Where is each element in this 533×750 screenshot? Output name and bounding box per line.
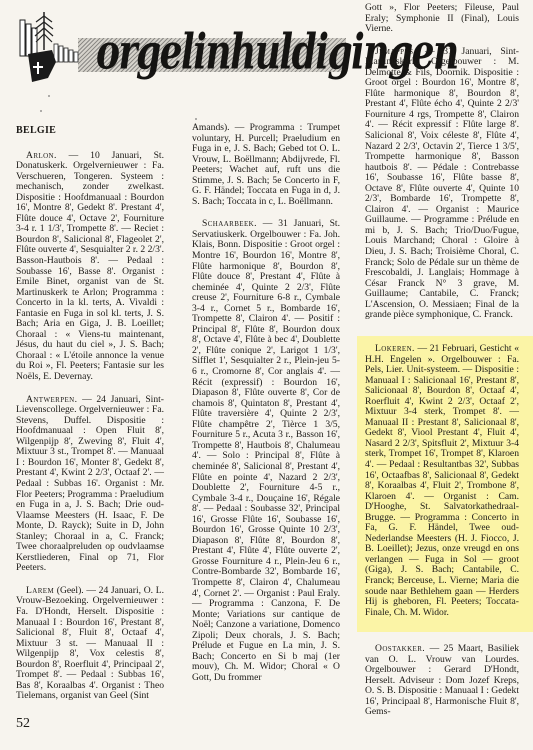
entry-text: — 10 Januari, St. Donatuskerk. Orgelvern… bbox=[16, 150, 164, 382]
entry-place: Lokeren. bbox=[375, 343, 415, 354]
ink-speck bbox=[48, 95, 50, 97]
entry-text: (Geel). — 24 Januari, O. L. Vrouw-Bezoek… bbox=[16, 585, 164, 701]
continued-text: Gott », Flor Peeters; Fileuse, Paul Eral… bbox=[365, 3, 519, 35]
page-header: orgelinhuldigingen bbox=[18, 10, 348, 90]
entry-place: Schaarbeek. bbox=[202, 218, 257, 229]
article-entry: Schaarbeek. — 31 Januari, St. Servatiusk… bbox=[192, 219, 340, 683]
magazine-page: orgelinhuldigingen BELGIE Arlon. — 10 Ja… bbox=[0, 0, 533, 750]
article-entry: Lokeren. — 21 Februari, Gesticht « H.H. … bbox=[365, 344, 519, 618]
entry-place: Antwerpen. bbox=[26, 394, 77, 405]
section-heading: BELGIE bbox=[16, 126, 164, 137]
entry-place: Arlon. bbox=[26, 150, 57, 161]
highlighted-entry: Lokeren. — 21 Februari, Gesticht « H.H. … bbox=[365, 344, 519, 630]
continued-text: Amands). — Programma : Trumpet voluntary… bbox=[192, 123, 340, 207]
column-2: Amands). — Programma : Trumpet voluntary… bbox=[192, 123, 340, 695]
entry-text: — 31 Januari, St. Servatiuskerk. Orgelbo… bbox=[192, 218, 340, 683]
article-entry: Oostakker. — 25 Maart, Basiliek van O. L… bbox=[365, 644, 519, 718]
organ-pipes-hand-cross-icon bbox=[18, 10, 88, 90]
column-3-bottom: Oostakker. — 25 Maart, Basiliek van O. L… bbox=[365, 644, 519, 730]
ink-speck bbox=[195, 118, 197, 120]
column-1: BELGIE Arlon. — 10 Januari, St. Donatusk… bbox=[16, 126, 164, 714]
entry-text: — 24 Januari, Sint-Lievenscollege. Orgel… bbox=[16, 394, 164, 574]
entry-text: — 31 Januari, Sint-Martinuskerk. Orgelbo… bbox=[365, 46, 519, 321]
column-3: Gott », Flor Peeters; Fileuse, Paul Eral… bbox=[365, 3, 519, 333]
page-number: 52 bbox=[16, 716, 30, 732]
article-entry: Larem (Geel). — 24 Januari, O. L. Vrouw-… bbox=[16, 586, 164, 702]
entry-text: — 21 Februari, Gesticht « H.H. Engelen »… bbox=[365, 343, 519, 618]
entry-text: — 25 Maart, Basiliek van O. L. Vrouw van… bbox=[365, 643, 519, 717]
article-entry: Antwerpen. — 24 Januari, Sint-Lievenscol… bbox=[16, 395, 164, 574]
entry-place: Jemappes. bbox=[375, 46, 416, 57]
entry-place: Larem bbox=[26, 585, 54, 596]
ink-speck bbox=[40, 110, 42, 112]
entry-place: Oostakker. bbox=[375, 643, 425, 654]
article-entry: Arlon. — 10 Januari, St. Donatuskerk. Or… bbox=[16, 151, 164, 383]
article-entry: Jemappes. — 31 Januari, Sint-Martinusker… bbox=[365, 47, 519, 321]
